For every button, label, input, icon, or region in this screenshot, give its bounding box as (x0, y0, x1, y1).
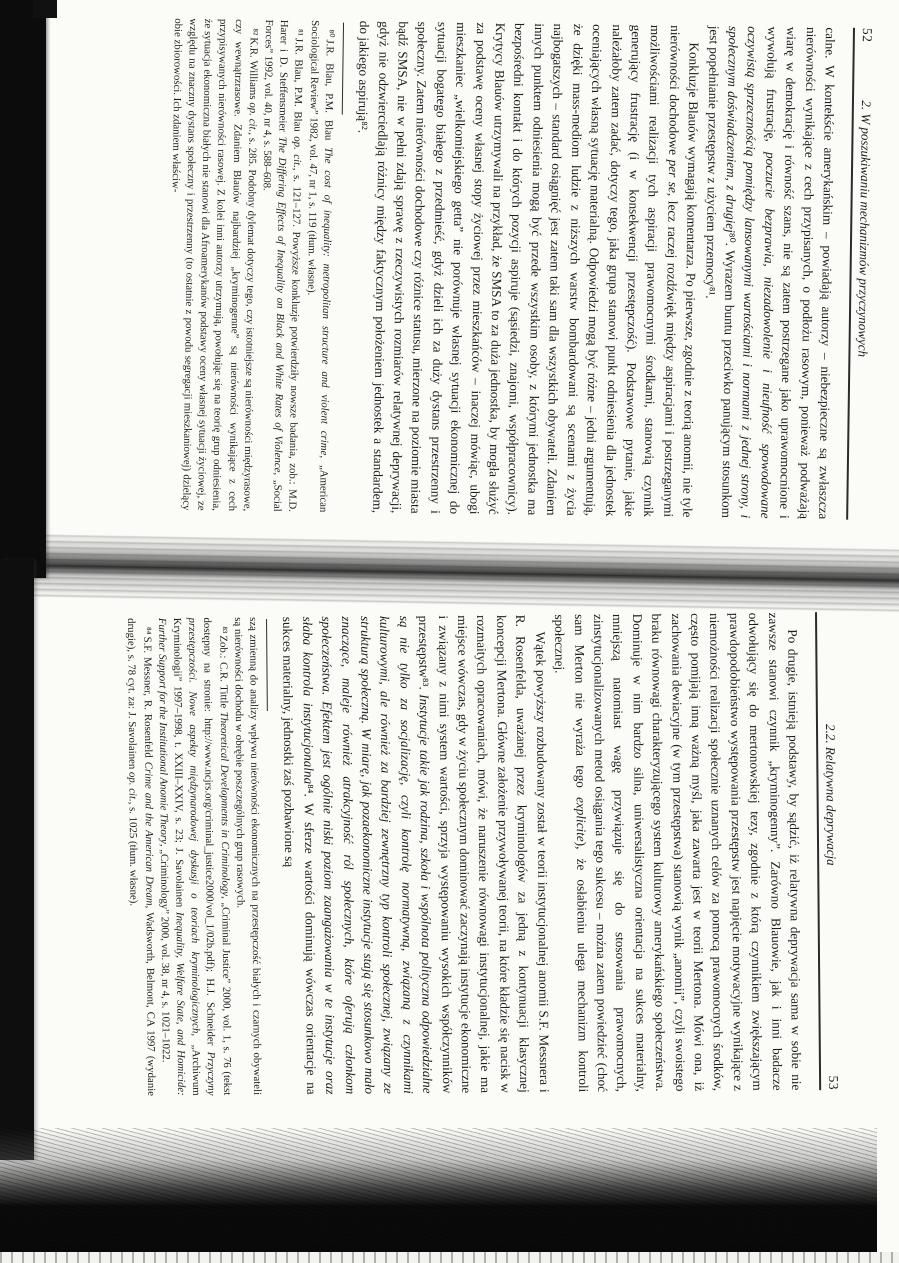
page-53: 2.2. Relatywna deprywacja 53 Po drugie, … (123, 612, 841, 1096)
footnote-marker: ⁸⁴ (141, 627, 153, 635)
footnote: ⁸³Zob.: C.R. Tittle Theoretical Developm… (154, 617, 234, 1096)
scan-edge-speckle-margin (0, 1252, 899, 1263)
paragraph: Po drugie, istnieją podstawy, by sądzić,… (550, 612, 806, 1092)
scan-edge-black-strip-narrow (0, 560, 34, 1160)
footnote-text: szą zmienną do analizy wpływu nierównośc… (232, 617, 263, 1095)
running-head-53: 2.2. Relatywna deprywacja 53 (815, 612, 841, 1090)
footnotes-52: ⁸⁰J.R. Blau, P.M. Blau The cost of inequ… (163, 18, 337, 512)
running-head-52: 52 2. W poszukiwaniu mechanizmów przyczy… (846, 28, 875, 520)
footnote-marker: ⁸² (248, 28, 260, 35)
running-head-title-52: 2. W poszukiwaniu mechanizmów przyczynow… (854, 100, 874, 357)
paragraph-text: Wątek powyższy rozbudowany został w teor… (280, 615, 551, 1095)
footnotes-53: szą zmienną do analizy wpływu nierównośc… (123, 617, 264, 1096)
scanned-book-spread: 52 2. W poszukiwaniu mechanizmów przyczy… (0, 0, 899, 1263)
page-gutter-shadow (0, 534, 899, 612)
running-head-title-53: 2.2. Relatywna deprywacja (822, 724, 839, 866)
page-52: 52 2. W poszukiwaniu mechanizmów przyczy… (163, 18, 875, 520)
footnote: ⁸⁰J.R. Blau, P.M. Blau The cost of inequ… (300, 20, 337, 512)
body-text-53: Po drugie, istnieją podstawy, by sądzić,… (278, 612, 806, 1095)
footnote-text: J.R. Blau, P.M. Blau The cost of inequal… (305, 20, 336, 512)
footnote-marker: ⁸³ (217, 626, 229, 633)
footnote: ⁸⁴S.F. Messner, R. Rosenfeld Crime and t… (123, 618, 158, 1096)
footnote-text: K.R. Williams op. cit., s. 285. Podobny … (169, 18, 259, 511)
footnote-marker: ⁸¹ (293, 29, 305, 36)
footnote-text: J.R. Blau, P.M. Blau op. cit., s. 121–12… (261, 19, 306, 512)
paragraph-text: Konkluzje Blauów wymagają komentarza. Po… (356, 21, 702, 518)
footnote-separator-rule-52 (342, 23, 344, 115)
footnote: ⁸¹J.R. Blau, P.M. Blau op. cit., s. 121–… (254, 19, 306, 512)
book-spread-rotated: 52 2. W poszukiwaniu mechanizmów przyczy… (0, 0, 899, 1263)
paragraph: Konkluzje Blauów wymagają komentarza. Po… (348, 21, 704, 518)
paragraph-text: calne. W kontekście amerykańskim – powia… (703, 26, 838, 520)
paragraph: Wątek powyższy rozbudowany został w teor… (278, 615, 554, 1095)
footnote-marker: ⁸⁰ (324, 29, 336, 37)
paragraph: calne. W kontekście amerykańskim – powia… (697, 26, 840, 520)
footnote-text: Zob.: C.R. Tittle Theoretical Developmen… (156, 617, 233, 1095)
scan-corner-mark (33, 0, 57, 18)
footnote-text: S.F. Messner, R. Rosenfeld Crime and the… (125, 618, 156, 1096)
footnote-separator-rule-53 (266, 619, 268, 711)
page-number-52: 52 (859, 28, 875, 43)
footnote: szą zmienną do analizy wpływu nierównośc… (230, 617, 265, 1095)
paragraph-text: Po drugie, istnieją podstawy, by sądzić,… (552, 612, 804, 1092)
body-text-52: calne. W kontekście amerykańskim – powia… (348, 21, 840, 520)
page-number-53: 53 (825, 1075, 841, 1090)
scan-edge-dark-band (0, 1128, 877, 1254)
footnote: ⁸²K.R. Williams op. cit., s. 285. Podobn… (163, 18, 261, 511)
scan-edge-black-strip-wide (0, 0, 46, 578)
